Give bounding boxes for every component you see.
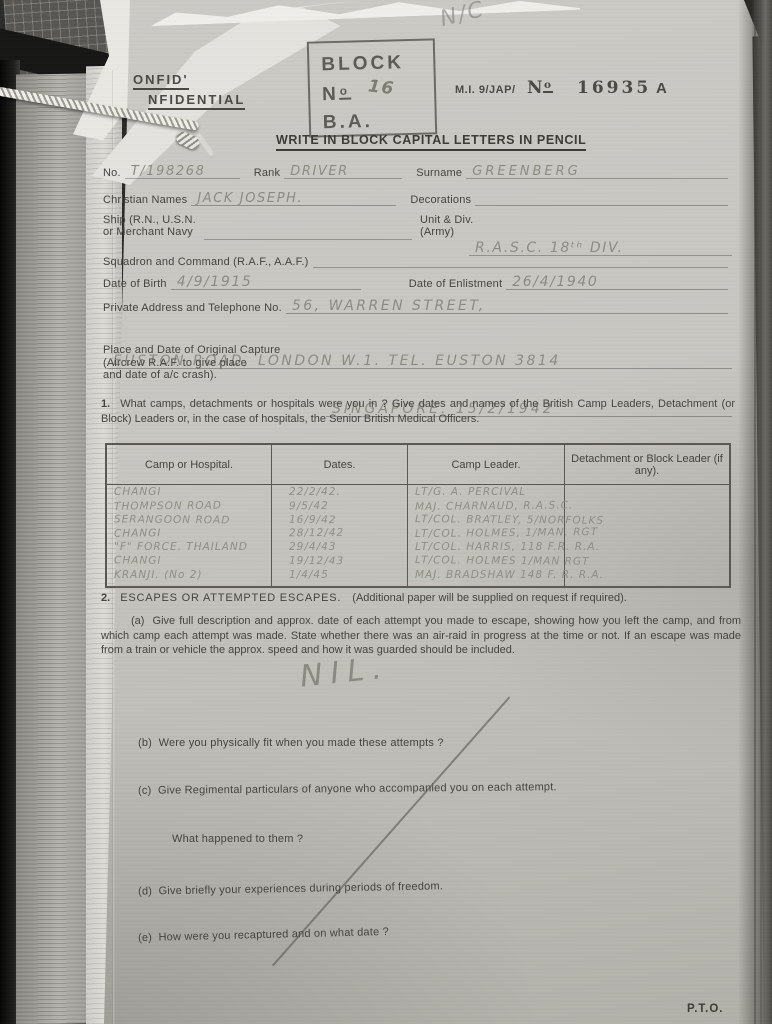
date-entry: 22/2/42. — [289, 486, 344, 500]
enlistment-field: 26/4/1940 — [506, 274, 728, 290]
enlistment-value-handwritten: 26/4/1940 — [512, 274, 598, 290]
question-2e-text: How were you recaptured and on what date… — [158, 926, 389, 944]
capture-label: Place and Date of Original Capture — [103, 344, 280, 356]
question-2-heading: ESCAPES OR ATTEMPTED ESCAPES. — [120, 592, 341, 604]
camp-entry: THOMPSON ROAD — [114, 499, 248, 514]
question-2e-label: (e) — [138, 932, 152, 944]
series-letter: A — [656, 80, 667, 97]
leader-entry: MAJ. BRADSHAW 148 F. R. R.A. — [415, 569, 604, 583]
date-entry: 9/5/42 — [289, 500, 344, 514]
pencil-scribble: N/C — [438, 0, 488, 32]
serial-number: 16935 — [577, 78, 651, 98]
page-turn-over-label: P.T.O. — [687, 1003, 723, 1015]
camp-entry: CHANGI — [114, 527, 248, 542]
question-2b-text: Were you physically fit when you made th… — [159, 737, 444, 749]
decorations-label: Decorations — [410, 194, 471, 206]
question-2-heading-note: (Additional paper will be supplied on re… — [352, 592, 627, 604]
col-header-detachment: Detachment or Block Leader (if any). — [565, 445, 729, 484]
leader-entry: LT/COL. HOLMES 1/MAN RGT — [415, 554, 604, 569]
camp-entries-handwritten: CHANGI THOMPSON ROAD SERANGOON ROAD CHAN… — [114, 486, 248, 583]
document-photo: N/C ONFID' NFIDENTIAL BLOCK No 16 B.A. M… — [0, 0, 772, 1024]
question-2-heading-row: 2.ESCAPES OR ATTEMPTED ESCAPES. (Additio… — [101, 592, 739, 604]
surname-field: GREENBERG — [466, 163, 728, 179]
question-2c: (c) Give Regimental particulars of anyon… — [138, 781, 557, 797]
confidential-stamp: NFIDENTIAL — [148, 92, 245, 110]
question-2a: (a) Give full description and approx. da… — [101, 614, 741, 658]
address-value-line1-handwritten: 56, WARREN STREET, — [292, 298, 486, 314]
rank-label: Rank — [254, 167, 280, 179]
question-2c-followup: What happened to them ? — [172, 833, 303, 845]
col-header-dates: Dates. — [272, 445, 408, 484]
unit-div-label: Unit & Div. — [420, 214, 473, 226]
question-2a-label: (a) — [131, 615, 144, 627]
ship-field — [204, 224, 412, 240]
surname-value-handwritten: GREENBERG — [472, 164, 581, 179]
surname-label: Surname — [416, 167, 462, 179]
dob-label: Date of Birth — [103, 278, 167, 290]
question-2d: (d) Give briefly your experiences during… — [138, 880, 443, 897]
leader-entry: LT/COL. HARRIS, 118 F.R. R.A. — [415, 541, 604, 555]
dob-field: 4/9/1915 — [171, 274, 361, 290]
squadron-field — [313, 252, 729, 268]
date-entry: 16/9/42 — [289, 513, 344, 527]
date-entry: 1/4/45 — [289, 569, 344, 583]
confidential-stamp-partial: ONFID' — [133, 72, 189, 90]
block-stamp-ba: B.A. — [323, 112, 373, 132]
leader-entry: MAJ. CHARNAUD, R.A.S.C. — [415, 499, 604, 515]
question-2b-label: (b) — [138, 737, 152, 749]
question-2b: (b) Were you physically fit when you mad… — [138, 737, 444, 749]
christian-names-value-handwritten: JACK JOSEPH. — [197, 191, 303, 206]
dob-value-handwritten: 4/9/1915 — [177, 274, 253, 290]
question-1-number: 1. — [101, 398, 110, 410]
col-header-leader: Camp Leader. — [408, 445, 565, 484]
no-value-handwritten: T/198268 — [131, 164, 206, 179]
camps-table: Camp or Hospital. Dates. Camp Leader. De… — [105, 443, 731, 588]
decorations-field — [475, 190, 728, 206]
date-entries-handwritten: 22/2/42. 9/5/42 16/9/42 28/12/42 29/4/43… — [289, 486, 344, 583]
camps-table-header: Camp or Hospital. Dates. Camp Leader. De… — [107, 445, 729, 485]
capture-note-line2: and date of a/c crash). — [103, 369, 217, 381]
christian-names-label: Christian Names — [103, 194, 187, 206]
enlistment-label: Date of Enlistment — [409, 278, 502, 290]
address-field-line1: 56, WARREN STREET, — [286, 298, 728, 314]
camp-entry: CHANGI — [114, 486, 248, 500]
question-2c-text: Give Regimental particulars of anyone wh… — [158, 781, 557, 796]
col-header-camp: Camp or Hospital. — [107, 445, 272, 484]
block-number-handwritten: 16 — [367, 78, 396, 98]
leader-entries-handwritten: LT/G. A. PERCIVAL MAJ. CHARNAUD, R.A.S.C… — [415, 486, 604, 583]
address-label: Private Address and Telephone No. — [103, 302, 282, 314]
leader-entry: LT/G. A. PERCIVAL — [415, 486, 604, 500]
rank-value-handwritten: DRIVER — [290, 164, 349, 179]
question-2d-label: (d) — [138, 885, 152, 897]
question-1-text: What camps, detachments or hospitals wer… — [101, 398, 735, 425]
no-label: No. — [103, 167, 121, 179]
date-entry: 19/12/43 — [289, 555, 344, 569]
block-stamp-no-label: No — [322, 85, 351, 105]
ship-label-line2: or Merchant Navy — [103, 226, 193, 238]
form-content: N/C ONFID' NFIDENTIAL BLOCK No 16 B.A. M… — [0, 0, 772, 1024]
ship-label-line1: Ship (R.N., U.S.N. — [103, 214, 196, 226]
form-instruction-title: WRITE IN BLOCK CAPITAL LETTERS IN PENCIL — [276, 133, 586, 151]
question-2-number: 2. — [101, 592, 110, 604]
squadron-command-label: Squadron and Command (R.A.F., A.A.F.) — [103, 256, 309, 268]
question-2d-text: Give briefly your experiences during per… — [158, 880, 443, 897]
camp-entry: CHANGI — [114, 554, 248, 569]
rank-field: DRIVER — [284, 163, 402, 179]
no-field: T/198268 — [125, 163, 240, 179]
date-entry: 28/12/42 — [289, 527, 344, 541]
question-2e: (e) How were you recaptured and on what … — [138, 926, 389, 944]
camp-entry: KRANJI. (No 2) — [114, 569, 248, 583]
question-2c-label: (c) — [138, 785, 152, 797]
question-2a-text: Give full description and approx. date o… — [101, 615, 741, 656]
capture-note-line1: (Aircrew R.A.F. to give place — [103, 357, 247, 369]
serial-no-label: No — [527, 78, 553, 98]
leader-entry: LT/COL. HOLMES, 1/MAN. RGT — [415, 526, 604, 542]
date-entry: 29/4/43 — [289, 541, 344, 555]
mi9-ref-label: M.I. 9/JAP/ — [455, 84, 516, 96]
unit-army-label: (Army) — [420, 226, 454, 238]
block-stamp-word: BLOCK — [321, 53, 404, 74]
block-number-stamp: BLOCK No 16 B.A. — [307, 38, 437, 137]
camp-entry: "F" FORCE. THAILAND — [114, 541, 248, 555]
christian-names-field: JACK JOSEPH. — [191, 190, 396, 206]
question-1: 1.What camps, detachments or hospitals w… — [101, 397, 735, 426]
